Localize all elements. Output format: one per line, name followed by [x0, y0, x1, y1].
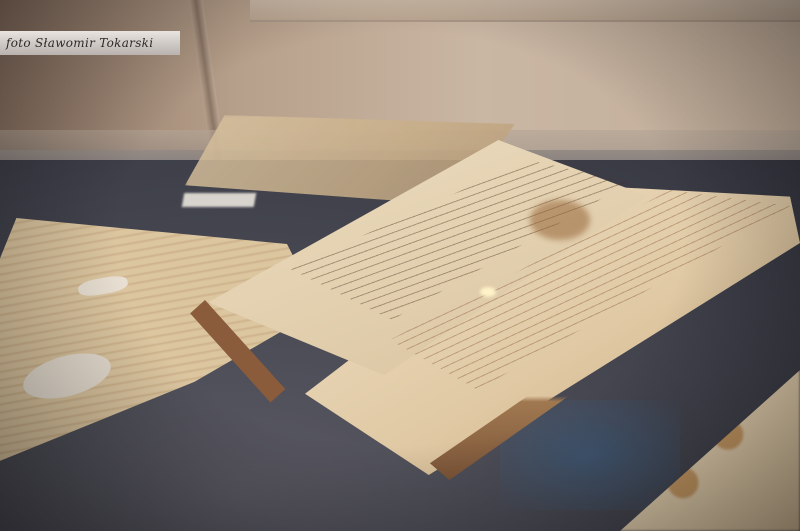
display-case-rim: [250, 0, 800, 22]
photo-credit-text: foto Sławomir Tokarski: [0, 36, 153, 50]
photo-scene: foto Sławomir Tokarski: [0, 0, 800, 531]
exhibit-label-card: [182, 193, 256, 207]
page-stain: [530, 200, 590, 240]
light-glint: [480, 287, 496, 297]
photo-credit-watermark: foto Sławomir Tokarski: [0, 31, 180, 55]
